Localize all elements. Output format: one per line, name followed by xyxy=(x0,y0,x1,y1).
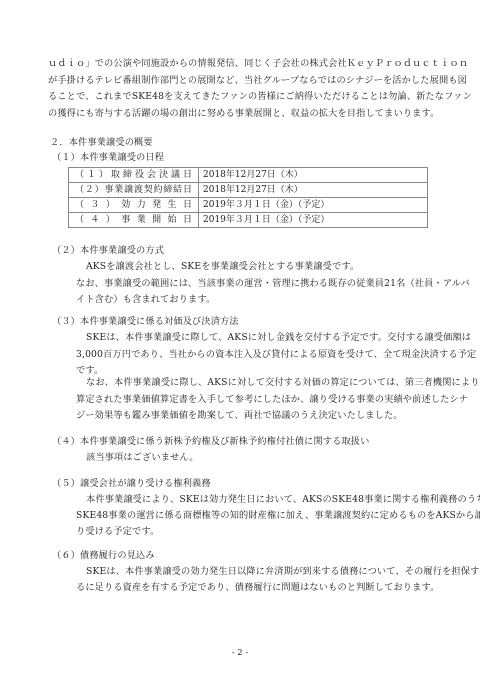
rights-line-1: 本件事業譲受により、SKEは効力発生日において、AKSのSKE48事業に関する権… xyxy=(86,492,480,508)
intro-line-3: ることで、これまでSKE48を支えてきたファンの皆様にご納得いただけることは勿論… xyxy=(48,89,432,105)
table-row: （２）事業譲渡契約締結日 2018年12月27日（木） xyxy=(69,183,428,198)
table-row: （３）効力発生日 2019年３月１日（金）（予定） xyxy=(69,198,428,213)
subsection-heading-debt: （６）債務履行の見込み xyxy=(52,548,155,564)
method-line-3: イト含む）も含まれております。 xyxy=(76,292,215,308)
table-row: （１）取締役会決議日 2018年12月27日（木） xyxy=(69,168,428,183)
schedule-table: （１）取締役会決議日 2018年12月27日（木） （２）事業譲渡契約締結日 2… xyxy=(68,167,428,228)
subsection-heading-schedule: （１）本件事業譲受の日程 xyxy=(52,150,164,166)
stock-options-line-1: 該当事項はございません。 xyxy=(86,450,199,466)
schedule-label: （３）効力発生日 xyxy=(69,198,199,213)
method-line-1: AKSを譲渡会社とし、SKEを事業譲受会社とする事業譲受です。 xyxy=(86,259,359,275)
intro-line-4: の獲得にも寄与する活躍の場の創出に努める事業展開と、収益の拡大を目指してまいりま… xyxy=(48,106,432,122)
page-number: - 2 - xyxy=(0,645,480,661)
schedule-value: 2018年12月27日（木） xyxy=(199,183,428,198)
subsection-heading-method: （２）本件事業譲受の方式 xyxy=(52,243,164,259)
schedule-label: （２）事業譲渡契約締結日 xyxy=(69,183,199,198)
debt-line-1: SKEは、本件事業譲受の効力発生日以降に弁済期が到来する債務について、その履行を… xyxy=(86,564,479,580)
section-heading: ２．本件事業譲受の概要 xyxy=(50,135,153,151)
debt-line-2: るに足りる資産を有する予定であり、債務履行に問題はないものと判断しております。 xyxy=(76,580,439,596)
consideration-line-4: なお、本件事業譲受に際し、AKSに対して交付する対価の算定については、第三者機関… xyxy=(86,375,480,391)
table-row: （４）事業開始日 2019年３月１日（金）（予定） xyxy=(69,213,428,228)
intro-line-2: が手掛けるテレビ番組制作部門との展開など、当社グループならではのシナジーを活かし… xyxy=(48,73,432,89)
document-page: ｕｄｉｏ」での公演や同施設からの情報発信、同じく子会社の株式会社ＫｅｙＰｒｏｄｕ… xyxy=(0,0,480,679)
rights-line-3: り受ける予定です。 xyxy=(76,524,159,540)
method-line-2: なお、事業譲受の範囲には、当該事業の運営・管理に携わる既存の従業員21名（社員・… xyxy=(76,276,470,292)
intro-line-1: ｕｄｉｏ」での公演や同施設からの情報発信、同じく子会社の株式会社ＫｅｙＰｒｏｄｕ… xyxy=(48,56,432,72)
consideration-line-5: 算定された事業価値算定書を入手して参考にしたほか、譲り受ける事業の実績や前述した… xyxy=(76,392,468,408)
consideration-line-1: SKEは、本件事業譲受に際して、AKSに対し金銭を交付する予定です。交付する譲受… xyxy=(86,330,471,346)
schedule-value: 2018年12月27日（木） xyxy=(199,168,428,183)
schedule-value: 2019年３月１日（金）（予定） xyxy=(199,198,428,213)
rights-line-2: SKE48事業の運営に係る商標権等の知的財産権に加え、事業譲渡契約に定めるものを… xyxy=(76,508,480,524)
subsection-heading-stock-options: （４）本件事業譲受に係う新株予約権及び新株予約権付社債に関する取扱い xyxy=(52,434,369,450)
schedule-label: （４）事業開始日 xyxy=(69,213,199,228)
consideration-line-6: ジー効果等も鑑み事業価値を勘案して、両社で協議のうえ決定いたしました。 xyxy=(76,408,403,424)
consideration-line-2: 3,000百万円であり、当社からの資本注入及び貸付による原資を受けて、全て現金決… xyxy=(76,347,476,363)
subsection-heading-consideration: （３）本件事業譲受に係る対価及び決済方法 xyxy=(52,314,239,330)
subsection-heading-rights: （５）譲受会社が譲り受ける権利義務 xyxy=(52,476,211,492)
schedule-label: （１）取締役会決議日 xyxy=(69,168,199,183)
schedule-value: 2019年３月１日（金）（予定） xyxy=(199,213,428,228)
